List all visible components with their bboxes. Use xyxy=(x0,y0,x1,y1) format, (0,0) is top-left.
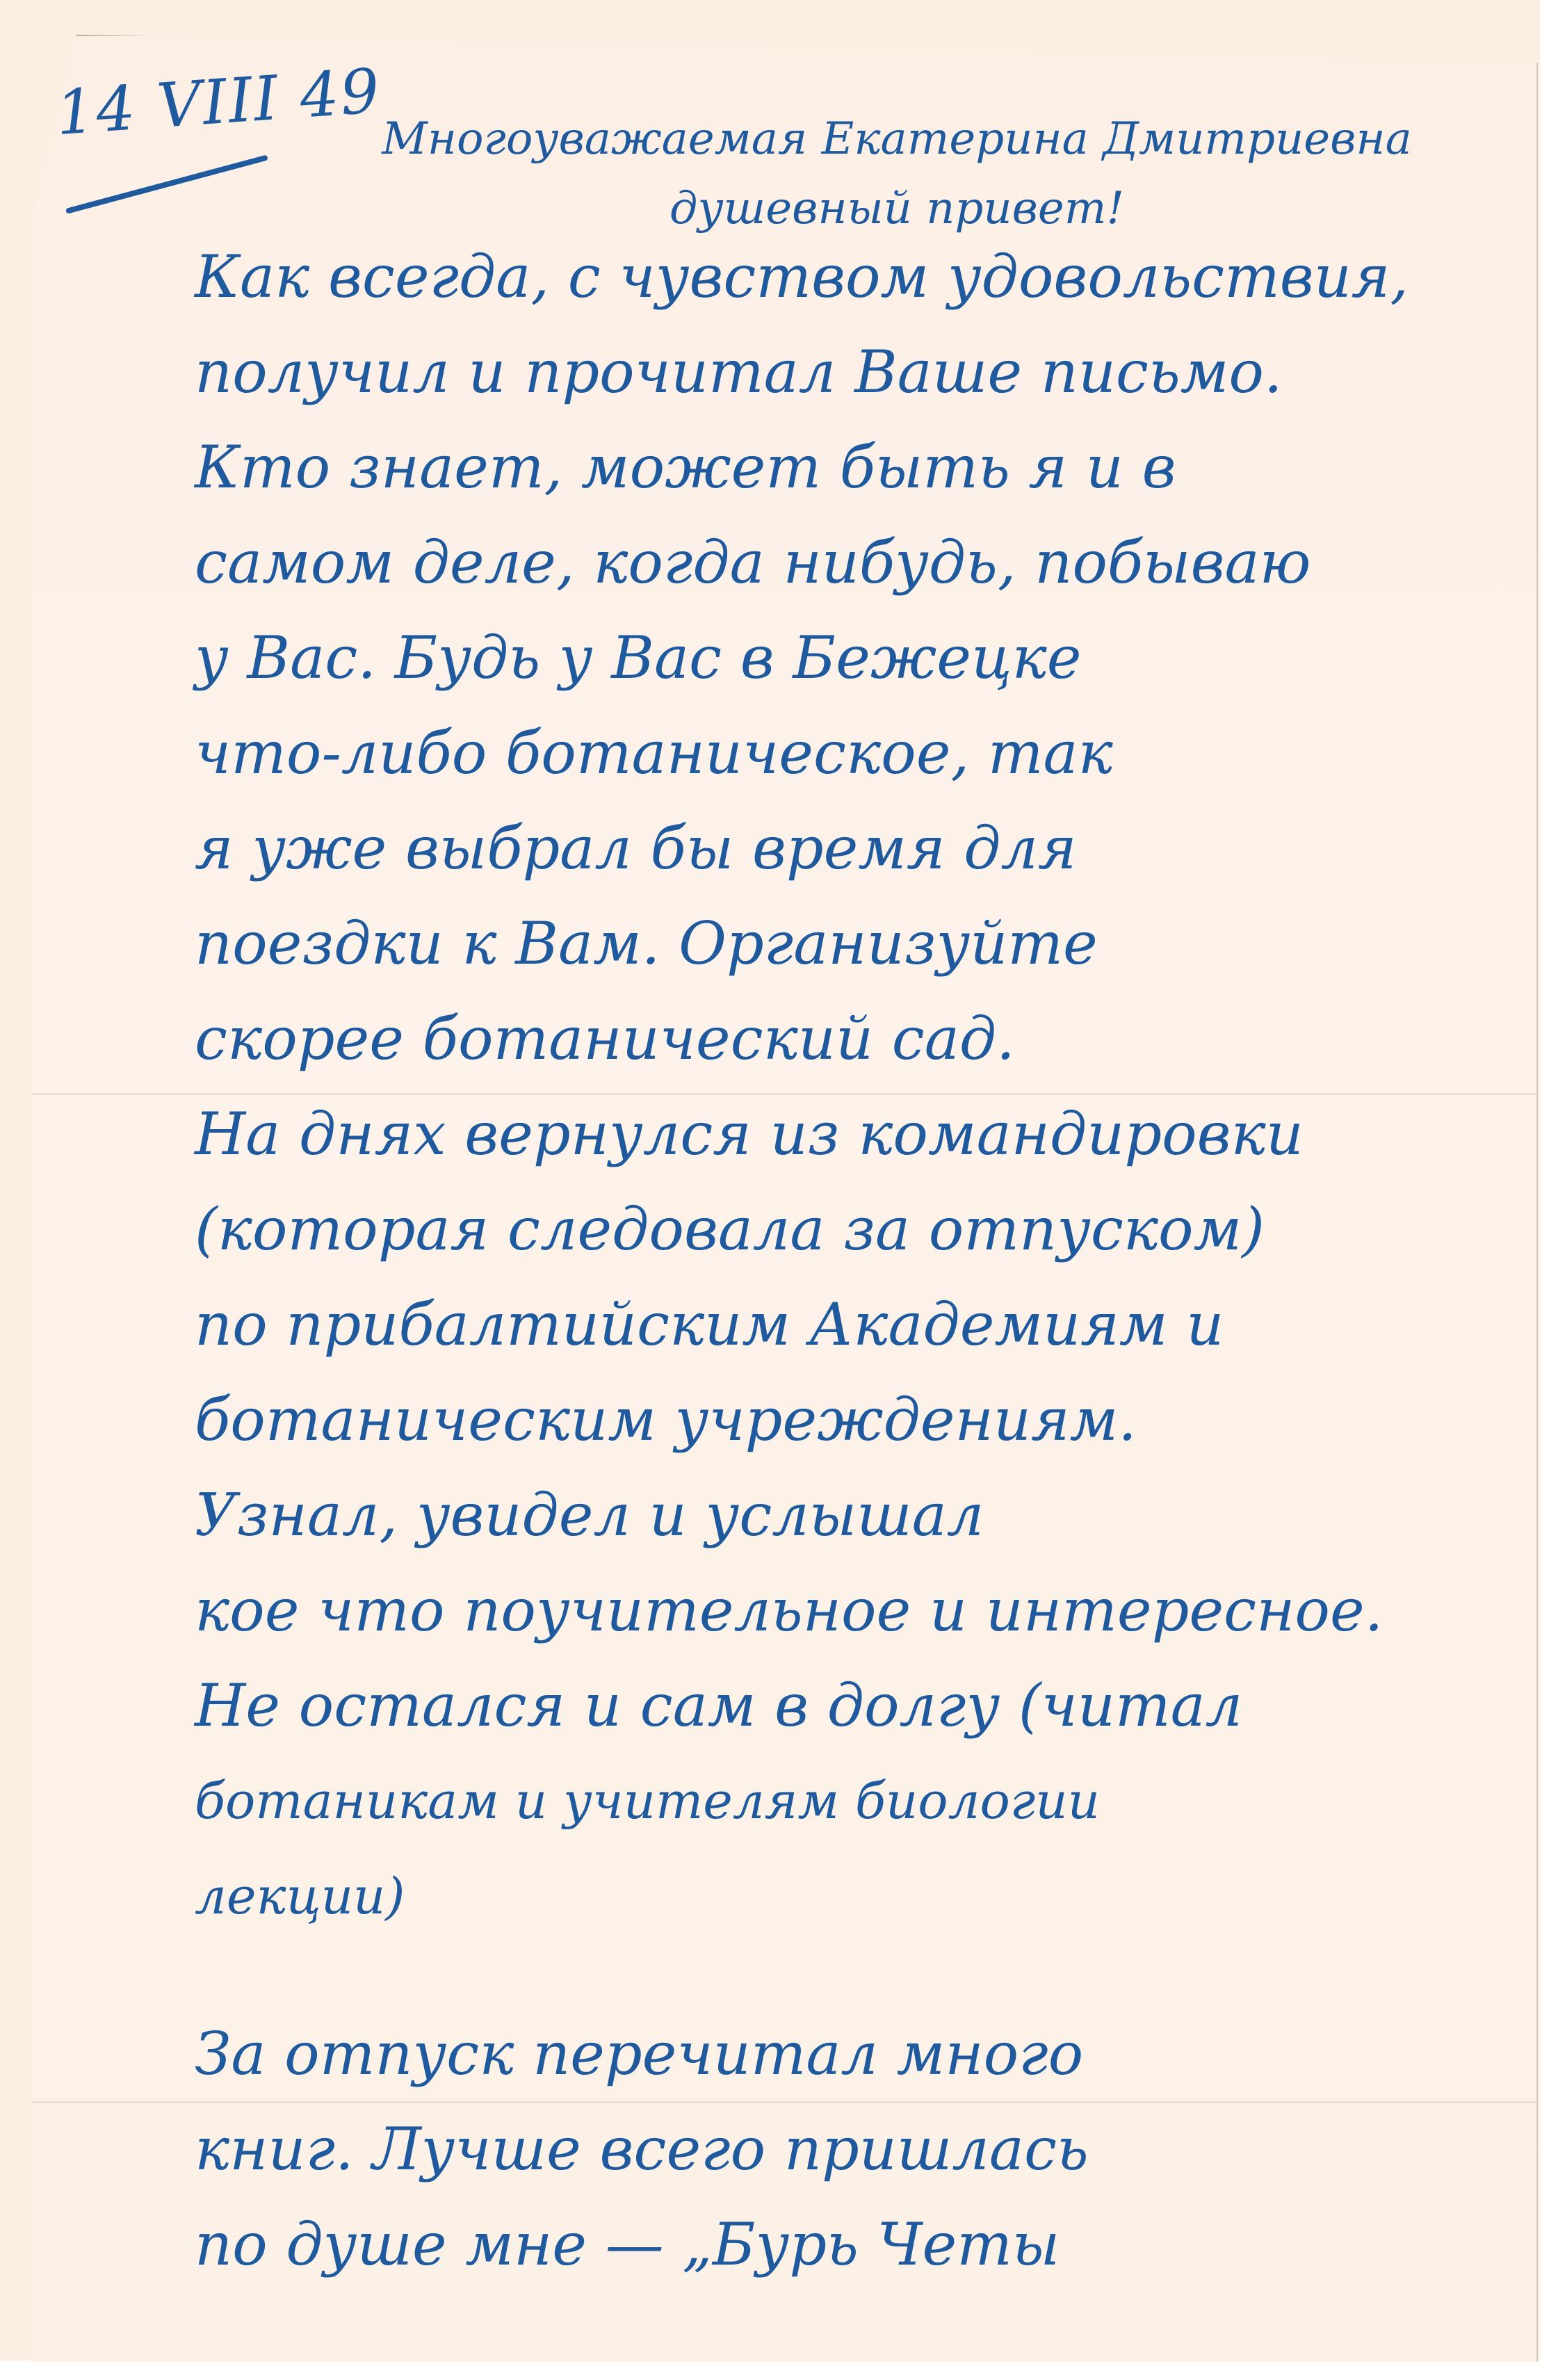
body-line: (которая следовала за отпуском) xyxy=(195,1182,1516,1277)
salutation-line: Многоуважаемая Екатерина Дмитриевна xyxy=(341,104,1453,174)
body-line: Как всегда, с чувством удовольствия, xyxy=(195,229,1516,325)
body-line: Не остался и сам в долгу (читал xyxy=(195,1658,1516,1754)
body-line: что-либо ботаническое, так xyxy=(195,706,1516,801)
salutation: Многоуважаемая Екатерина Дмитриевна душе… xyxy=(341,104,1453,243)
body-line: поездки к Вам. Организуйте xyxy=(195,896,1516,991)
letter-body: Как всегда, с чувством удовольствия, пол… xyxy=(195,229,1516,2292)
body-line: За отпуск перечитал много xyxy=(195,2007,1516,2102)
body-line: скорее ботанический сад. xyxy=(195,991,1516,1087)
body-line: я уже выбрал бы время для xyxy=(195,801,1516,896)
body-line: книг. Лучше всего пришлась xyxy=(195,2102,1516,2197)
body-line: по душе мне — „Бурь Четы xyxy=(195,2197,1516,2292)
body-line: лекции) xyxy=(195,1849,1516,1944)
body-line: ботаникам и учителям биологии xyxy=(195,1754,1516,1849)
body-line: Кто знает, может быть я и в xyxy=(195,420,1516,515)
body-line: у Вас. Будь у Вас в Бежецке xyxy=(195,610,1516,706)
body-line: ботаническим учреждениям. xyxy=(195,1373,1516,1468)
body-line: самом деле, когда нибудь, побываю xyxy=(195,515,1516,610)
body-line: На днях вернулся из командировки xyxy=(195,1087,1516,1182)
body-line: кое что поучительное и интересное. xyxy=(195,1563,1516,1658)
body-line: Узнал, увидел и услышал xyxy=(195,1468,1516,1563)
body-line: получил и прочитал Ваше письмо. xyxy=(195,325,1516,420)
body-line: по прибалтийским Академиям и xyxy=(195,1277,1516,1373)
